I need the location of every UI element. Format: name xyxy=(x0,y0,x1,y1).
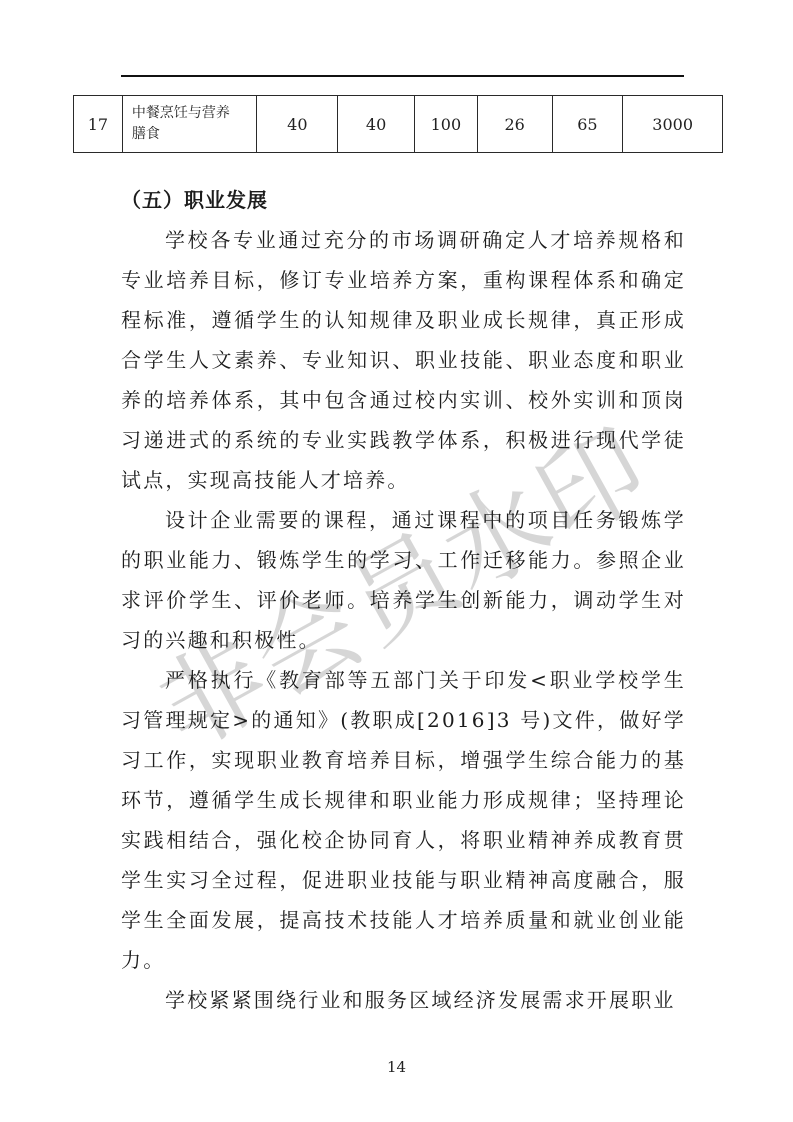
paragraph-line: 设计企业需要的课程，通过课程中的项目任务锻炼学生 xyxy=(121,500,686,540)
paragraph-line: 专业培养目标，修订专业培养方案，重构课程体系和确定课 xyxy=(121,260,686,300)
major-name-line2: 膳食 xyxy=(132,124,160,145)
table-cell-value-3: 100 xyxy=(415,96,478,152)
major-name-line1: 中餐烹饪与营养 xyxy=(132,103,230,124)
table-cell-value-4: 26 xyxy=(478,96,553,152)
paragraph-line: 的职业能力、锻炼学生的学习、工作迁移能力。参照企业要 xyxy=(121,540,686,580)
paragraph-line: 求评价学生、评价老师。培养学生创新能力，调动学生对学 xyxy=(121,580,686,620)
paragraph-line: 习的兴趣和积极性。 xyxy=(121,620,686,660)
header-rule xyxy=(121,75,684,77)
paragraph-line: 养的培养体系，其中包含通过校内实训、校外实训和顶岗实 xyxy=(121,380,686,420)
page-number: 14 xyxy=(0,1058,793,1076)
paragraph-line: 习递进式的系统的专业实践教学体系，积极进行现代学徒制 xyxy=(121,420,686,460)
table-cell-value-1: 40 xyxy=(257,96,338,152)
paragraph-line: 学生全面发展，提高技术技能人才培养质量和就业创业能 xyxy=(121,900,686,940)
paragraph-line: 实践相结合，强化校企协同育人，将职业精神养成教育贯穿 xyxy=(121,820,686,860)
document-page: 非会员水印 17 中餐烹饪与营养 膳食 40 40 100 26 65 3000… xyxy=(0,0,793,1122)
paragraph-line: 学生实习全过程，促进职业技能与职业精神高度融合，服务 xyxy=(121,860,686,900)
paragraph-line: 学校紧紧围绕行业和服务区域经济发展需求开展职业 xyxy=(121,980,686,1020)
paragraph-line: 环节，遵循学生成长规律和职业能力形成规律；坚持理论与 xyxy=(121,780,686,820)
table-cell-value-2: 40 xyxy=(338,96,415,152)
table-cell-major-name: 中餐烹饪与营养 膳食 xyxy=(123,96,258,152)
paragraph-line: 学校各专业通过充分的市场调研确定人才培养规格和 xyxy=(121,220,686,260)
section-heading: （五）职业发展 xyxy=(121,180,686,220)
paragraph-line: 力。 xyxy=(121,940,686,980)
paragraph-line: 程标准，遵循学生的认知规律及职业成长规律，真正形成融 xyxy=(121,300,686,340)
table-cell-value-5: 65 xyxy=(553,96,624,152)
body-content: （五）职业发展 学校各专业通过充分的市场调研确定人才培养规格和 专业培养目标，修… xyxy=(121,180,686,1020)
paragraph-line: 严格执行《教育部等五部门关于印发<职业学校学生实 xyxy=(121,660,686,700)
paragraph-line: 习工作，实现职业教育培养目标，增强学生综合能力的基本 xyxy=(121,740,686,780)
table-cell-value-6: 3000 xyxy=(623,96,722,152)
paragraph-line: 试点，实现高技能人才培养。 xyxy=(121,460,686,500)
enrollment-table: 17 中餐烹饪与营养 膳食 40 40 100 26 65 3000 xyxy=(73,95,723,153)
paragraph-line: 合学生人文素养、专业知识、职业技能、职业态度和职业素 xyxy=(121,340,686,380)
paragraph-line: 习管理规定>的通知》(教职成[2016]3 号)文件，做好学生实 xyxy=(121,700,686,740)
table-cell-row-index: 17 xyxy=(74,96,123,152)
